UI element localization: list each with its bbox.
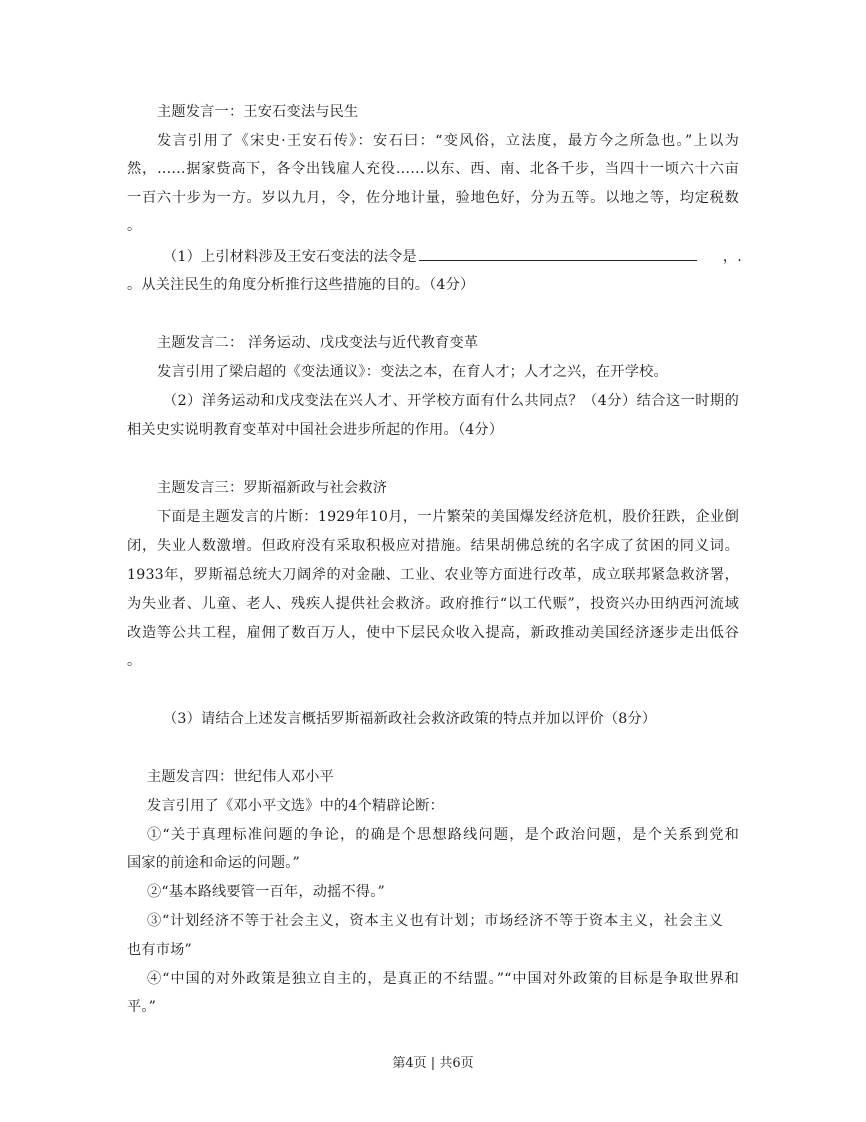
- section3-para-line: 为失业者、儿童、老人、残疾人提供社会救济。政府推行“以工代赈”，投资兴办田纳西河…: [127, 594, 739, 614]
- question-1-tail: ，.: [723, 247, 742, 267]
- quote-2: ②“基本路线要管一百年，动摇不得。”: [147, 882, 759, 902]
- section1-para-line: 一百六十步为一方。岁以九月，令，佐分地计量，验地色好，分为五等。以地之等，均定税…: [127, 188, 739, 208]
- section2-para: 发言引用了梁启超的《变法通议》：变法之本，在育人才；人才之兴，在开学校。: [157, 362, 769, 382]
- quote-3-line1: ③“计划经济不等于社会主义，资本主义也有计划；市场经济不等于资本主义，社会主义: [147, 911, 723, 931]
- question-3: （3）请结合上述发言概括罗斯福新政社会救济政策的特点并加以评价（8分）: [163, 709, 775, 729]
- section1-para-line: 然，……据家赀高下，各令出钱雇人充役……以东、西、南、北各千步，当四十一顷六十六…: [127, 159, 739, 179]
- section3-para-line: 。: [127, 651, 739, 671]
- section4-intro: 发言引用了《邓小平文选》中的4个精辟论断：: [147, 796, 759, 816]
- quote-1-line2: 国家的前途和命运的问题。”: [127, 853, 739, 873]
- quote-4-line1: ④“中国的对外政策是独立自主的，是真正的不结盟。”“中国对外政策的目标是争取世界…: [147, 969, 739, 989]
- answer-blank[interactable]: [419, 246, 697, 261]
- section1-para-line: 。: [127, 216, 739, 236]
- document-page: 主题发言一：王安石变法与民生 发言引用了《宋史·王安石传》：安石曰：“变风俗，立…: [0, 0, 866, 1122]
- section3-para-line: 1933年，罗斯福总统大刀阔斧的对金融、工业、农业等方面进行改革，成立联邦紧急救…: [127, 565, 739, 585]
- section2-title: 主题发言二： 洋务运动、戊戌变法与近代教育变革: [157, 333, 769, 353]
- section3-title: 主题发言三：罗斯福新政与社会救济: [157, 478, 769, 498]
- page-number: 第4页 | 共6页: [0, 1052, 866, 1071]
- section3-para-line: 改造等公共工程，雇佣了数百万人，使中下层民众收入提高，新政推动美国经济逐步走出低…: [127, 623, 739, 643]
- question-2-line2: 相关史实说明教育变革对中国社会进步所起的作用。（4分）: [127, 420, 739, 440]
- question-1-line2: 。从关注民生的角度分析推行这些措施的目的。（4分）: [127, 275, 739, 295]
- quote-1-line1: ①“关于真理标准问题的争论，的确是个思想路线问题，是个政治问题，是个关系到党和: [147, 825, 739, 845]
- question-2-line1: （2）洋务运动和戊戌变法在兴人才、开学校方面有什么共同点？（4分）结合这一时期的: [163, 391, 739, 411]
- section4-title: 主题发言四：世纪伟人邓小平: [147, 767, 759, 787]
- question-1: （1）上引材料涉及王安石变法的法令是，.: [163, 246, 775, 267]
- question-1-text: （1）上引材料涉及王安石变法的法令是: [163, 249, 417, 265]
- section3-para-line: 闭，失业人数激增。但政府没有采取积极应对措施。结果胡佛总统的名字成了贫困的同义词…: [127, 536, 739, 556]
- quote-3-line2: 也有市场”: [127, 940, 739, 960]
- section1-para-line: 发言引用了《宋史·王安石传》：安石曰：“变风俗，立法度，最方今之所急也。”上以为: [157, 131, 739, 151]
- section1-title: 主题发言一：王安石变法与民生: [157, 102, 769, 122]
- quote-4-line2: 平。”: [127, 997, 739, 1017]
- section3-para-line: 下面是主题发言的片断：1929年10月，一片繁荣的美国爆发经济危机，股价狂跌，企…: [157, 507, 739, 527]
